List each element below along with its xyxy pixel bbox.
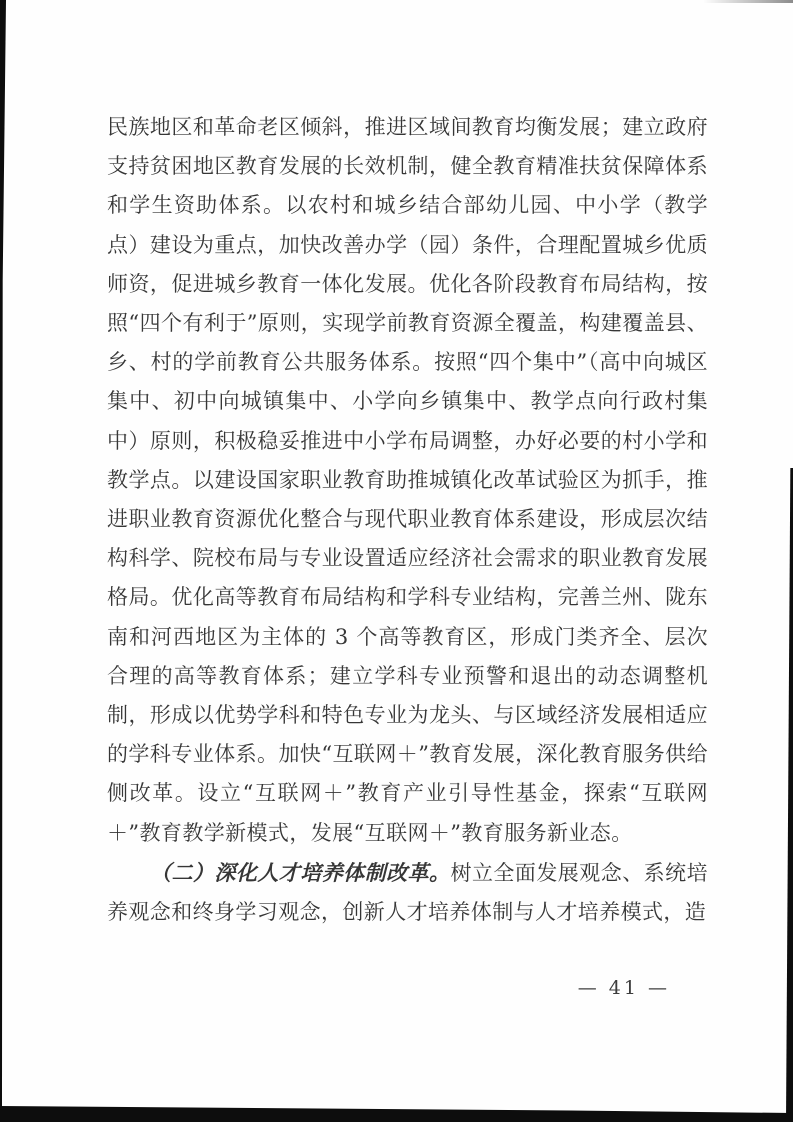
paragraph-text: 民族地区和革命老区倾斜，推进区域间教育均衡发展；建立政府支持贫困地区教育发展的长… [107, 115, 708, 845]
scan-edge-left [0, 0, 6, 1122]
scan-edge-bottom [0, 1106, 793, 1122]
scan-edge-top-right [703, 0, 793, 3]
page-number: — 41 — [578, 977, 670, 999]
paragraph-lead-emphasis: （二）深化人才培养体制改革。 [150, 860, 450, 885]
document-body: 民族地区和革命老区倾斜，推进区域间教育均衡发展；建立政府支持贫困地区教育发展的长… [107, 108, 708, 932]
scanned-document-page: 民族地区和革命老区倾斜，推进区域间教育均衡发展；建立政府支持贫困地区教育发展的长… [0, 0, 793, 1122]
body-paragraph: （二）深化人才培养体制改革。树立全面发展观念、系统培养观念和终身学习观念，创新人… [107, 853, 708, 932]
body-paragraph: 民族地区和革命老区倾斜，推进区域间教育均衡发展；建立政府支持贫困地区教育发展的长… [107, 108, 708, 853]
scan-edge-right [786, 468, 793, 1122]
